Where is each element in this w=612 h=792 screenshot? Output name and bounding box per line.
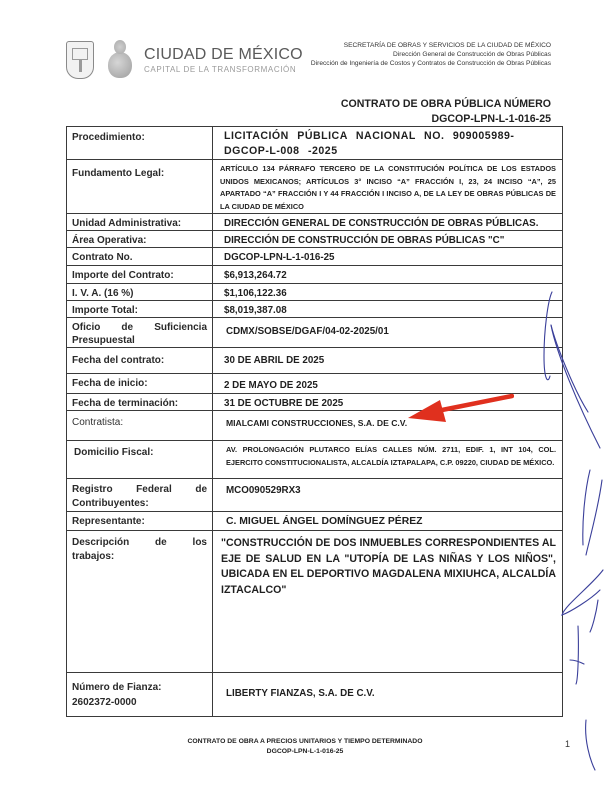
footer-contract-type: CONTRATO DE OBRA A PRECIOS UNITARIOS Y T… [165,737,445,747]
row-value-oficio-suficiencia: CDMX/SOBSE/DGAF/04-02-2025/01 [213,318,563,348]
row-label-procedimiento: Procedimiento: [67,127,213,160]
row-label-representante: Representante: [67,512,213,531]
row-label-registro-federal: Registro Federal de Contribuyentes: [67,479,213,512]
contract-number-title: DGCOP-LPN-L-1-016-25 [341,112,551,127]
label-line: Contribuyentes: [72,497,207,511]
table-row: Unidad Administrativa: DIRECCIÓN GENERAL… [67,214,563,231]
table-row: Registro Federal de Contribuyentes: MCO0… [67,479,563,512]
row-value-registro-federal: MCO090529RX3 [213,479,563,512]
row-value-iva: $1,106,122.36 [213,284,563,301]
label-line: trabajos: [72,550,207,564]
red-arrow-annotation-icon [394,388,514,428]
agency-line-direccion-ingenieria: Dirección de Ingeniería de Costos y Cont… [311,59,551,68]
table-row: Importe del Contrato: $6,913,264.72 [67,266,563,284]
row-value-importe-contrato: $6,913,264.72 [213,266,563,284]
title-line-1: CONTRATO DE OBRA PÚBLICA NÚMERO [341,97,551,112]
table-row: Procedimiento: LICITACIÓN PÚBLICA NACION… [67,127,563,160]
row-value-representante: C. MIGUEL ÁNGEL DOMÍNGUEZ PÉREZ [213,512,563,531]
coat-of-arms-icon [66,41,94,79]
row-label-area-operativa: Área Operativa: [67,231,213,248]
brand-name: CIUDAD DE MÉXICO [144,47,303,63]
row-value-area-operativa: DIRECCIÓN DE CONSTRUCCIÓN DE OBRAS PÚBLI… [213,231,563,248]
row-label-numero-fianza: Número de Fianza: 2602372-0000 [67,673,213,717]
row-value-domicilio-fiscal: AV. PROLONGACIÓN PLUTARCO ELÍAS CALLES N… [213,441,563,479]
table-row: I. V. A. (16 %) $1,106,122.36 [67,284,563,301]
row-value-afianzadora: LIBERTY FIANZAS, S.A. DE C.V. [213,673,563,717]
brand-tagline: CAPITAL DE LA TRANSFORMACIÓN [144,66,303,74]
agency-line-secretaria: SECRETARÍA DE OBRAS Y SERVICIOS DE LA CI… [311,41,551,50]
table-row: Contrato No. DGCOP-LPN-L-1-016-25 [67,248,563,266]
row-label-fecha-terminacion: Fecha de terminación: [67,394,213,411]
table-row: Representante: C. MIGUEL ÁNGEL DOMÍNGUEZ… [67,512,563,531]
agency-header: SECRETARÍA DE OBRAS Y SERVICIOS DE LA CI… [311,41,551,68]
row-label-contrato-no: Contrato No. [67,248,213,266]
label-line: Registro Federal de [72,483,207,497]
label-line: Número de Fianza: [72,680,207,695]
brand-block: CIUDAD DE MÉXICO CAPITAL DE LA TRANSFORM… [144,47,303,74]
label-line: Oficio de Suficiencia [72,321,207,334]
table-row: Descripción de los trabajos: "CONSTRUCCI… [67,531,563,673]
table-row: Número de Fianza: 2602372-0000 LIBERTY F… [67,673,563,717]
document-title: CONTRATO DE OBRA PÚBLICA NÚMERO DGCOP-LP… [341,97,551,127]
header-logos: CIUDAD DE MÉXICO CAPITAL DE LA TRANSFORM… [66,36,303,84]
row-value-descripcion-trabajos: "CONSTRUCCIÓN DE DOS INMUEBLES CORRESPON… [213,531,563,673]
row-label-unidad-administrativa: Unidad Administrativa: [67,214,213,231]
row-label-fecha-inicio: Fecha de inicio: [67,374,213,394]
row-label-descripcion-trabajos: Descripción de los trabajos: [67,531,213,673]
table-row: Domicilio Fiscal: AV. PROLONGACIÓN PLUTA… [67,441,563,479]
fianza-number: 2602372-0000 [72,695,207,710]
label-line: Presupuestal [72,334,207,347]
row-label-importe-contrato: Importe del Contrato: [67,266,213,284]
label-line: Descripción de los [72,536,207,550]
table-row: Fundamento Legal: ARTÍCULO 134 PÁRRAFO T… [67,160,563,214]
row-label-importe-total: Importe Total: [67,301,213,318]
row-label-domicilio-fiscal: Domicilio Fiscal: [67,441,213,479]
table-row: Fecha del contrato: 30 DE ABRIL DE 2025 [67,348,563,374]
row-label-fecha-contrato: Fecha del contrato: [67,348,213,374]
row-label-oficio-suficiencia: Oficio de Suficiencia Presupuestal [67,318,213,348]
heart-emblem-icon [104,38,136,82]
page-number: 1 [565,739,570,749]
footer-contract-number: DGCOP-LPN-L-1-016-25 [165,747,445,757]
row-label-fundamento-legal: Fundamento Legal: [67,160,213,214]
row-value-fundamento-legal: ARTÍCULO 134 PÁRRAFO TERCERO DE LA CONST… [213,160,563,214]
row-value-fecha-contrato: 30 DE ABRIL DE 2025 [213,348,563,374]
table-row: Oficio de Suficiencia Presupuestal CDMX/… [67,318,563,348]
agency-line-direccion-general: Dirección General de Construcción de Obr… [311,50,551,59]
row-label-iva: I. V. A. (16 %) [67,284,213,301]
row-value-procedimiento: LICITACIÓN PÚBLICA NACIONAL NO. 90900598… [213,127,563,160]
row-label-contratista: Contratista: [67,411,213,441]
row-value-contrato-no: DGCOP-LPN-L-1-016-25 [213,248,563,266]
row-value-unidad-administrativa: DIRECCIÓN GENERAL DE CONSTRUCCIÓN DE OBR… [213,214,563,231]
table-row: Área Operativa: DIRECCIÓN DE CONSTRUCCIÓ… [67,231,563,248]
table-row: Importe Total: $8,019,387.08 [67,301,563,318]
row-value-importe-total: $8,019,387.08 [213,301,563,318]
